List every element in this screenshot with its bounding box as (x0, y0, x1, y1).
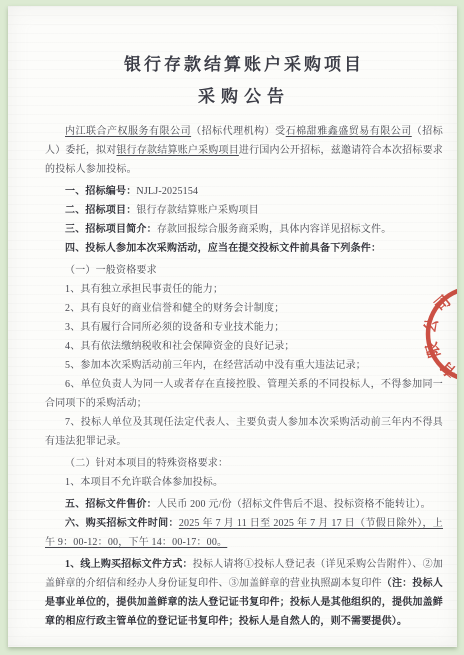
item-project-brief-label: 三、招标项目简介： (65, 224, 157, 235)
item-project-brief: 三、招标项目简介：存款回报综合服务商采购，具体内容详见招标文件。 (45, 220, 443, 239)
general-item-3: 3、具有履行合同所必须的设备和专业技术能力； (45, 318, 443, 337)
item-project-brief-value: 存款回报综合服务商采购，具体内容详见招标文件。 (157, 224, 392, 235)
special-item-1: 1、本项目不允许联合体参加投标。 (45, 473, 443, 492)
document-price-label: 五、招标文件售价： (65, 499, 157, 510)
document-page: 银行存款结算账户采购项目 采购公告 内江联合产权服务有限公司（招标代理机构）受石… (8, 6, 457, 647)
item-tender-number-label: 一、招标编号： (65, 186, 136, 197)
item-tender-number-value: NJLJ-2025154 (136, 186, 198, 197)
screenshot-root: { "doc": { "title_line1": "银行存款结算账户采购项目"… (0, 0, 464, 655)
item-tender-number: 一、招标编号：NJLJ-2025154 (45, 182, 443, 201)
document-price-value: 人民币 200 元/份（招标文件售后不退、投标资格不能转让）。 (157, 499, 431, 510)
doc-title-line2: 采购公告 (45, 82, 443, 107)
project-name: 银行存款结算账户采购项目 (116, 145, 238, 156)
intro-paragraph: 内江联合产权服务有限公司（招标代理机构）受石棉甜雅鑫盛贸易有限公司（招标人）委托… (45, 122, 443, 179)
doc-title-line1: 银行存款结算账户采购项目 (45, 50, 443, 75)
online-purchase-label: 1、线上购买招标文件方式： (65, 559, 193, 570)
client-name: 石棉甜雅鑫盛贸易有限公司 (286, 126, 412, 137)
item-tender-project-value: 银行存款结算账户采购项目 (136, 205, 258, 216)
general-item-4: 4、具有依法缴纳税收和社会保障资金的良好记录； (45, 337, 443, 356)
general-item-7: 7、投标人单位及其现任法定代表人、主要负责人参加本次采购活动前三年内不得具有违法… (45, 413, 443, 451)
item-bidder-conditions: 四、投标人参加本次采购活动，应当在提交投标文件前具备下列条件： (45, 239, 443, 258)
general-item-1: 1、具有独立承担民事责任的能力； (45, 280, 443, 299)
document-price-line: 五、招标文件售价：人民币 200 元/份（招标文件售后不退、投标资格不能转让）。 (45, 495, 443, 514)
general-item-6: 6、单位负责人为同一人或者存在直接控股、管理关系的不同投标人，不得参加同一合同项… (45, 375, 443, 413)
online-purchase-paragraph: 1、线上购买招标文件方式：投标人请将①投标人登记表（详见采购公告附件）、②加盖鲜… (45, 555, 443, 631)
general-item-5: 5、参加本次采购活动前三年内，在经营活动中没有重大违法记录； (45, 356, 443, 375)
general-item-2: 2、具有良好的商业信誉和健全的财务会计制度； (45, 299, 443, 318)
item-tender-project-label: 二、招标项目： (65, 205, 136, 216)
special-qualification-heading: （二）针对本项目的特殊资格要求： (45, 454, 443, 473)
item-bidder-conditions-label: 四、投标人参加本次采购活动，应当在提交投标文件前具备下列条件： (65, 243, 381, 254)
purchase-time-label: 六、购买招标文件时间： (65, 518, 179, 529)
document-content: 银行存款结算账户采购项目 采购公告 内江联合产权服务有限公司（招标代理机构）受石… (45, 6, 443, 631)
agency-name: 内江联合产权服务有限公司 (65, 126, 191, 137)
general-qualification-heading: （一）一般资格要求 (45, 261, 443, 280)
purchase-time-line: 六、购买招标文件时间：2025 年 7 月 11 日至 2025 年 7 月 1… (45, 514, 443, 552)
intro-text-1: （招标代理机构）受 (191, 126, 286, 137)
item-tender-project: 二、招标项目：银行存款结算账户采购项目 (45, 201, 443, 220)
